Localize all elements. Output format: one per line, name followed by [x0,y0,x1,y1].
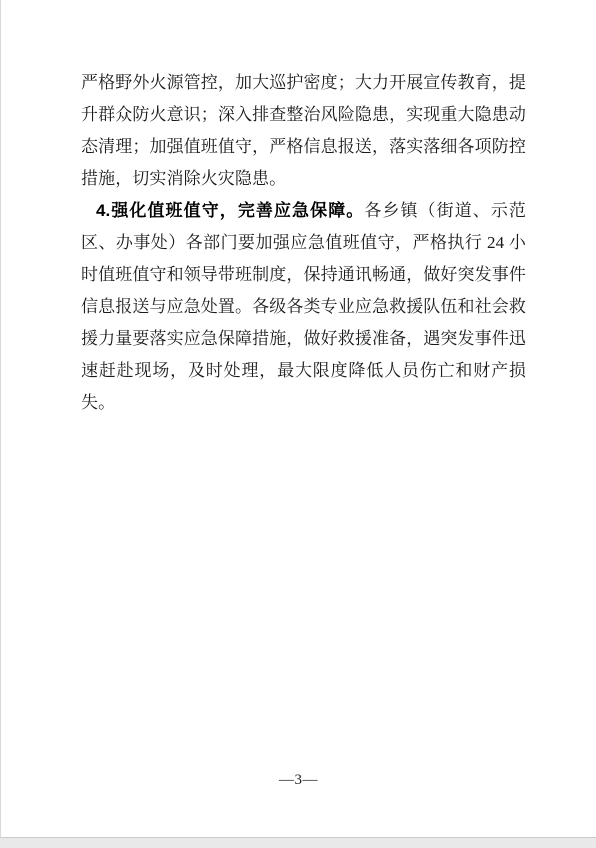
paragraph: 严格野外火源管控，加大巡护密度；大力开展宣传教育，提升群众防火意识；深入排查整治… [81,67,526,195]
page-content: 严格野外火源管控，加大巡护密度；大力开展宣传教育，提升群众防火意识；深入排查整治… [81,67,526,419]
bold-heading-run: 4.强化值班值守，完善应急保障。 [96,201,364,220]
paragraph: 4.强化值班值守，完善应急保障。各乡镇（街道、示范区、办事处）各部门要加强应急值… [81,195,526,419]
text-run: 各乡镇（街道、示范区、办事处）各部门要加强应急值班值守，严格执行 24 小时值班… [81,201,526,412]
page-number: —3— [1,772,596,789]
document-page[interactable]: 严格野外火源管控，加大巡护密度；大力开展宣传教育，提升群众防火意识；深入排查整治… [0,0,596,838]
text-run: 严格野外火源管控，加大巡护密度；大力开展宣传教育，提升群众防火意识；深入排查整治… [81,73,526,188]
